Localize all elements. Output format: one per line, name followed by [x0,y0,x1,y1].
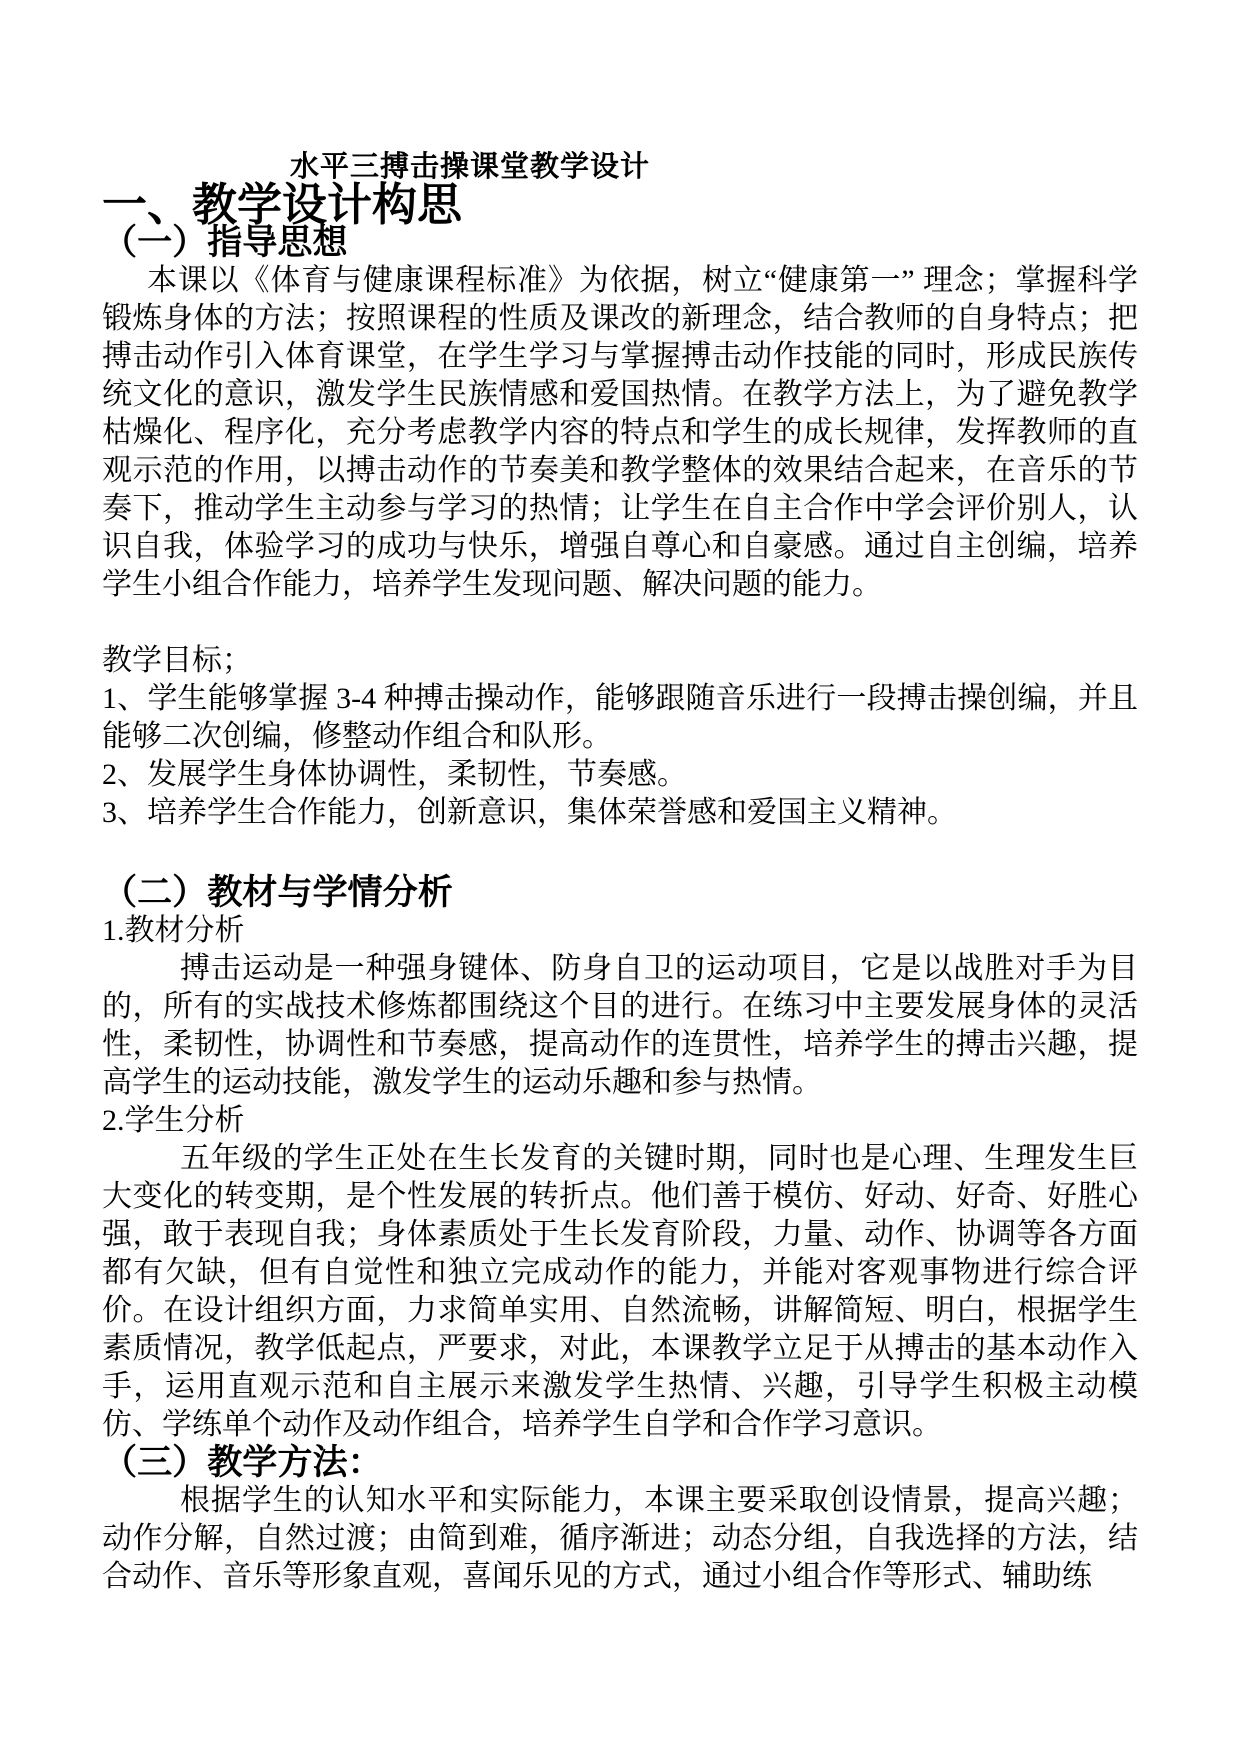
teaching-goal-item: 1、学生能够掌握 3-4 种搏击操动作，能够跟随音乐进行一段搏击操创编，并且能够… [102,680,1138,756]
teaching-goals-block: 教学目标； 1、学生能够掌握 3-4 种搏击操动作，能够跟随音乐进行一段搏击操创… [102,642,1138,832]
teaching-goals-label: 教学目标； [102,642,1138,680]
teaching-goal-item: 3、培养学生合作能力，创新意识，集体荣誉感和爱国主义精神。 [102,794,1138,832]
material-analysis-label: 1.教材分析 [102,912,1138,950]
student-analysis-label: 2.学生分析 [102,1102,1138,1140]
subsection-heading-material-analysis: （二）教材与学情分析 [102,874,1138,912]
section-heading-design-concept: 一、教学设计构思 [102,186,1138,224]
teaching-goal-item: 2、发展学生身体协调性，柔韧性，节奏感。 [102,756,1138,794]
paragraph-teaching-methods: 根据学生的认知水平和实际能力，本课主要采取创设情景，提高兴趣；动作分解，自然过渡… [102,1482,1138,1596]
subsection-heading-teaching-methods: （三）教学方法： [102,1444,1138,1482]
paragraph-student-analysis: 五年级的学生正处在生长发育的关键时期，同时也是心理、生理发生巨大变化的转变期，是… [102,1140,1138,1444]
document-page: 水平三搏击操课堂教学设计 一、教学设计构思 （一）指导思想 本课以《体育与健康课… [0,0,1240,1754]
paragraph-guiding-ideology: 本课以《体育与健康课程标准》为依据，树立“健康第一” 理念；掌握科学锻炼身体的方… [102,262,1138,604]
subsection-heading-guiding-ideology: （一）指导思想 [102,224,1138,262]
paragraph-material-analysis: 搏击运动是一种强身键体、防身自卫的运动项目，它是以战胜对手为目的，所有的实战技术… [102,950,1138,1102]
